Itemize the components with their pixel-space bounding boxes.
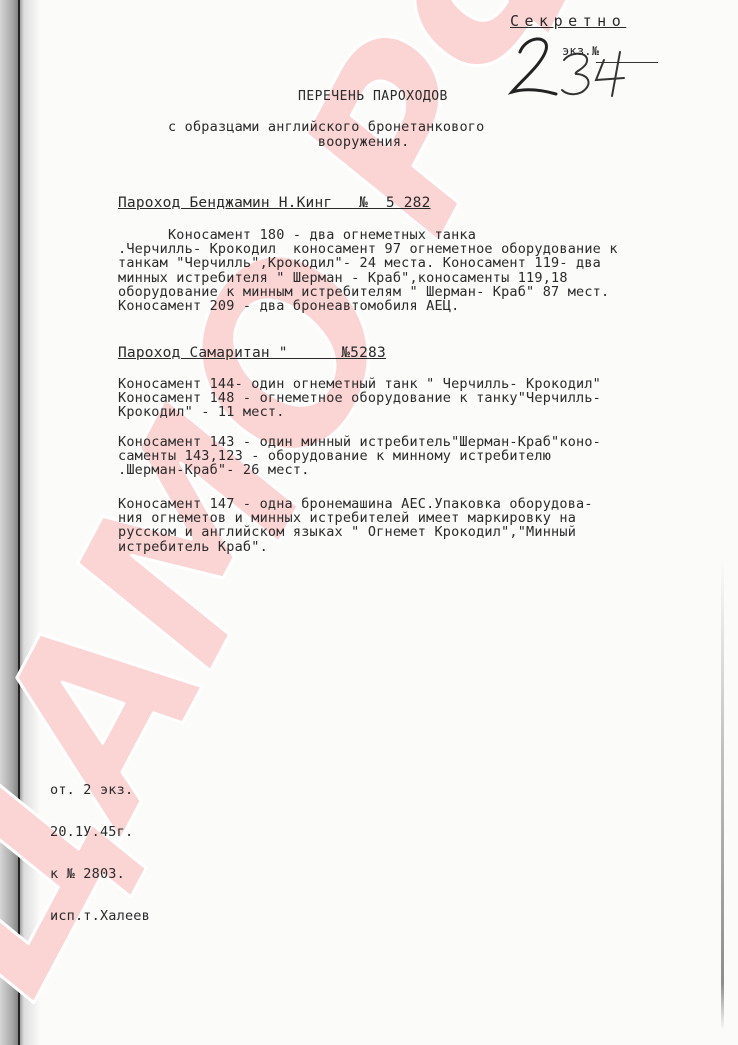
footer-line: 20.1У.45г. [50, 825, 150, 839]
document-footer: от. 2 экз. 20.1У.45г. к № 2803. исп.т.Ха… [50, 755, 150, 951]
ship-paragraph: Коносамент 180 - два огнеметных танка .Ч… [118, 228, 618, 313]
ship-heading: Пароход Бенджамин Н.Кинг № 5 282 [118, 196, 431, 210]
classification-stamp: Секретно [510, 14, 626, 28]
document-subtitle: с образцами английского бронетанкового в… [168, 120, 484, 150]
ship-paragraph: Коносамент 143 - один минный истребитель… [118, 435, 601, 478]
handwritten-numbers [508, 30, 668, 100]
footer-line: исп.т.Халеев [50, 909, 150, 923]
document-title: ПЕРЕЧЕНЬ ПАРОХОДОВ [298, 90, 448, 104]
document-text: Секретно экз.№ ПЕРЕЧЕНЬ ПАРОХОДОВ с обра… [0, 0, 738, 1045]
scanned-document-page: ЦАМО РФ Секретно экз.№ ПЕРЕЧЕНЬ ПАРОХОДО… [0, 0, 738, 1045]
footer-line: от. 2 экз. [50, 783, 150, 797]
ship-heading: Пароход Самаритан " №5283 [118, 346, 386, 360]
ship-paragraph: Коносамент 147 - одна бронемашина АЕС.Уп… [118, 497, 593, 554]
footer-line: к № 2803. [50, 867, 150, 881]
ship-paragraph: Коносамент 144- один огнеметный танк " Ч… [118, 377, 601, 420]
